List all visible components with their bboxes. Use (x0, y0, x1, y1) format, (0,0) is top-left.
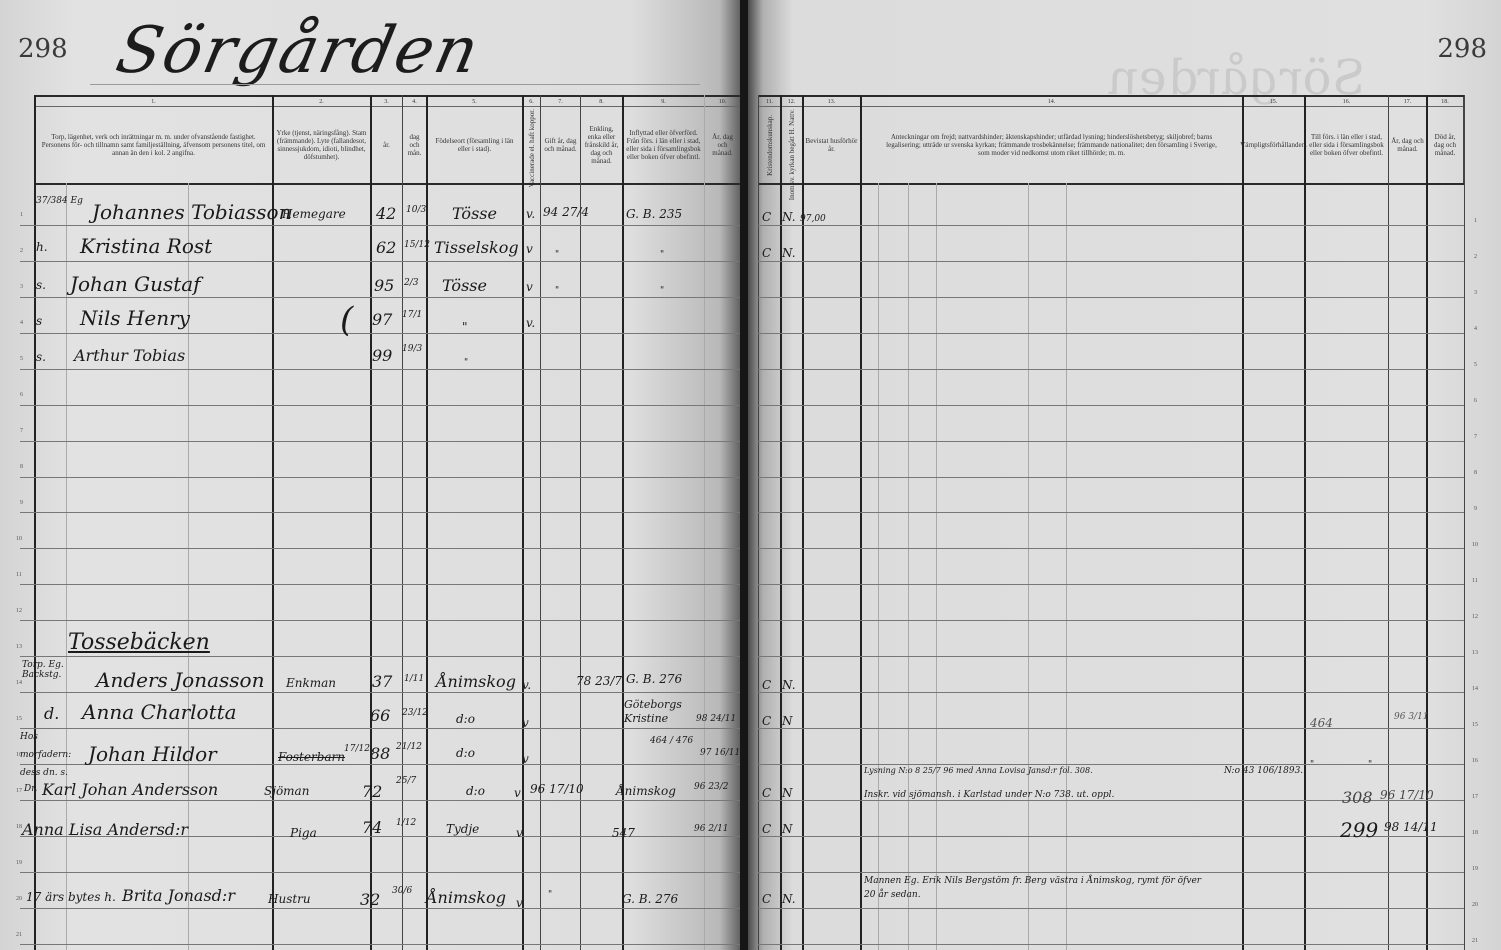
birth-year: 66 (370, 706, 390, 725)
row-number: 11 (1472, 578, 1478, 584)
row-number: 9 (1474, 506, 1477, 512)
remarks: Mannen Eg. Erik Nils Bergstöm fr. Berg v… (864, 874, 1204, 902)
person-name: Johan Gustaf (70, 272, 201, 296)
row-number: 1 (1474, 218, 1477, 224)
col-5-header: 5. Födelseort (församling i län eller i … (426, 97, 522, 183)
communion: N (782, 786, 793, 800)
vaccinated: v (522, 716, 529, 730)
birth-year: 88 (370, 744, 390, 763)
person-name: Anna Lisa Andersd:r (22, 820, 188, 839)
remarks: Inskr. vid sjömansh. i Karlstad under N:… (864, 790, 1114, 800)
moved-in-from: " (660, 286, 664, 296)
married-date: 96 17/10 (530, 782, 584, 796)
moved-in-from: 464 / 476 (650, 736, 693, 746)
communion: N. (782, 892, 796, 906)
birth-year: 62 (376, 238, 396, 257)
birth-day: 23/12 (402, 708, 428, 718)
col-17-header: 17. År, dag och månad. (1388, 97, 1426, 183)
christianity-knowledge: C (762, 210, 771, 224)
row-number: 19 (16, 860, 22, 866)
moved-out-to: " (1310, 760, 1314, 770)
birth-year: 74 (362, 818, 382, 837)
person-name: Brita Jonasd:r (122, 886, 235, 905)
occupation: Fosterbarn (278, 750, 345, 764)
occupation: Piga (290, 826, 317, 840)
row-number: 2 (1474, 254, 1477, 260)
communion: N (782, 714, 793, 728)
moved-in-from: Ånimskog (616, 784, 676, 798)
moved-out-to: 464 (1310, 716, 1333, 730)
person-name: Arthur Tobias (74, 346, 185, 365)
married-date: 94 27/4 (543, 205, 589, 219)
vaccinated: v (526, 280, 533, 294)
row-number: 12 (1472, 614, 1478, 620)
remarks: Lysning N:o 8 25/7 96 med Anna Lovisa Ja… (864, 766, 1093, 775)
entry-prefix: h. (36, 240, 48, 254)
col-14-header: 14. Anteckningar om frejd; nattvardshind… (860, 97, 1242, 183)
row-number: 7 (20, 428, 23, 434)
row-number: 14 (1472, 686, 1478, 692)
moved-in-from: 547 (612, 826, 635, 840)
row-number: 20 (1472, 902, 1478, 908)
birth-year: 42 (376, 204, 396, 223)
occupation: Hemegare (282, 207, 346, 221)
widowed-date: 78 23/7 (576, 674, 622, 688)
person-name: Johannes Tobiasson (92, 200, 291, 224)
moved-out-date: 96 3/11 (1394, 712, 1429, 722)
row-number: 6 (20, 392, 23, 398)
row-number: 10 (1472, 542, 1478, 548)
person-name: Anders Jonasson (96, 668, 264, 692)
row-number: 5 (20, 356, 23, 362)
row-number: 14 (16, 680, 22, 686)
row-number: 5 (1474, 362, 1477, 368)
col-3-header: 3. år. (370, 97, 402, 183)
birth-day: 17/1 (402, 310, 422, 320)
col-12-header: 12. Inom sv. kyrkan begått H. Nattv. (780, 97, 802, 183)
col-1-header: 1. Torp, lägenhet, verk och inrättningar… (34, 97, 272, 183)
birthplace: d:o (456, 746, 475, 760)
entry-prefix: s (36, 314, 42, 328)
birth-day: 1/12 (396, 818, 416, 828)
occupation: Enkman (286, 676, 336, 690)
examination-year: 97,00 (800, 214, 826, 224)
row-number: 15 (1472, 722, 1478, 728)
col-10-header: 10. År, dag och månad. (704, 97, 740, 183)
col-6-header: 6. Vaccinerade el. haft koppor. (522, 97, 540, 183)
married-date: " (555, 250, 559, 260)
person-name: Johan Hildor (88, 742, 217, 766)
entry-prefix: s. (36, 350, 46, 364)
row-number: 3 (1474, 290, 1477, 296)
military-service: N:o 43 106/1893. (1224, 766, 1303, 776)
row-number: 21 (1472, 938, 1478, 944)
married-date: " (555, 286, 559, 296)
christianity-knowledge: C (762, 714, 771, 728)
birth-day: 25/7 (396, 776, 416, 786)
moved-out-to: 308 (1342, 788, 1373, 807)
birthplace: Tösse (442, 276, 487, 295)
row-number: 12 (16, 608, 22, 614)
vaccinated: v. (526, 207, 535, 221)
col-4-header: 4. dag och mån. (402, 97, 426, 183)
moved-in-from: " (660, 250, 664, 260)
moved-out-date: 98 14/11 (1384, 820, 1438, 834)
birthplace: " (464, 358, 468, 368)
row-number: 17 (1472, 794, 1478, 800)
birthplace: Ånimskog (436, 672, 516, 691)
vaccinated: v. (522, 678, 531, 692)
row-number: 18 (1472, 830, 1478, 836)
entry-prefix: Dr. (24, 784, 37, 794)
col-15-header: 15. Värnpligtsförhållanden. (1242, 97, 1304, 183)
moved-out-date: 96 17/10 (1380, 788, 1434, 802)
row-number: 7 (1474, 434, 1477, 440)
farm-title: Sörgården (110, 14, 486, 88)
communion: N. (782, 678, 796, 692)
moved-in-date: 97 16/11 (700, 748, 740, 758)
col-9-header: 9. Inflyttad eller öfverförd. Från förs.… (622, 97, 704, 183)
christianity-knowledge: C (762, 678, 771, 692)
col-16-header: 16. Till förs. i län eller i stad, eller… (1304, 97, 1388, 183)
birth-day: 30/6 (392, 886, 412, 896)
col-13-header: 13. Bevistat husförhör år. (802, 97, 860, 183)
row-number: 4 (1474, 326, 1477, 332)
row-number: 2 (20, 248, 23, 254)
row-number: 16 (1472, 758, 1478, 764)
title-rule (90, 84, 700, 85)
row-number: 11 (16, 572, 22, 578)
vaccinated: v (516, 826, 523, 840)
communion: N (782, 822, 793, 836)
birth-day: 1/11 (404, 674, 424, 684)
row-number: 13 (16, 644, 22, 650)
birthplace: " (462, 320, 468, 334)
row-number: 6 (1474, 398, 1477, 404)
moved-in-date: 98 24/11 (696, 714, 736, 724)
birth-year: 99 (372, 346, 392, 365)
col-2-header: 2. Yrke (tjenst, näringsfång). Stam (frä… (272, 97, 370, 183)
page-number-right: 298 (1437, 34, 1487, 64)
row-number: 20 (16, 896, 22, 902)
moved-in-from: G. B. 276 (622, 892, 678, 906)
moved-in-date: 96 2/11 (694, 824, 729, 834)
moved-in-from: Göteborgs Kristine (624, 698, 684, 726)
christianity-knowledge: C (762, 786, 771, 800)
vaccinated: v (514, 786, 521, 800)
person-name: Kristina Rost (80, 234, 212, 258)
moved-out-date: " (1368, 760, 1372, 770)
married-date: " (548, 890, 552, 900)
row-number: 3 (20, 284, 23, 290)
bracket-mark: ( (340, 300, 353, 340)
col-7-header: 7. Gift år, dag och månad. (540, 97, 580, 183)
person-name: Anna Charlotta (82, 700, 237, 724)
moved-in-date: 96 23/2 (694, 782, 729, 792)
left-page: 298 Sörgården 1. Torp, lägenhet, verk oc… (0, 0, 742, 950)
occupation: Sjöman (264, 784, 309, 798)
right-page: 298 Sörgården 11. Kristendomskunskap. 12… (748, 0, 1501, 950)
birth-day: 15/12 (404, 240, 430, 250)
entry-prefix: 37/384 Eg (36, 196, 83, 206)
christianity-knowledge: C (762, 892, 771, 906)
row-number: 15 (16, 716, 22, 722)
birth-day: 19/3 (402, 344, 422, 354)
moved-in-from: G. B. 235 (626, 207, 682, 221)
vaccinated: v. (526, 316, 535, 330)
communion: N. (782, 246, 796, 260)
communion: N. (782, 210, 796, 224)
birth-year: 37 (372, 672, 392, 691)
entry-prefix: d. (44, 704, 59, 723)
birth-year: 97 (372, 310, 392, 329)
christianity-knowledge: C (762, 822, 771, 836)
col-11-header: 11. Kristendomskunskap. (758, 97, 780, 183)
row-number: 8 (1474, 470, 1477, 476)
occupation-note: 17/12 (344, 744, 370, 754)
birthplace: Tösse (452, 204, 497, 223)
col-18-header: 18. Död år, dag och månad. (1426, 97, 1464, 183)
row-number: 13 (1472, 650, 1478, 656)
section-title-tossebacken: Tossebäcken (68, 630, 210, 655)
person-name: Nils Henry (80, 306, 190, 330)
right-header-row: 11. Kristendomskunskap. 12. Inom sv. kyr… (758, 95, 1464, 183)
birth-day: 2/3 (404, 278, 418, 288)
person-name: Karl Johan Andersson (42, 780, 218, 799)
row-number: 4 (20, 320, 23, 326)
row-number: 8 (20, 464, 23, 470)
birth-day: 10/3 (406, 205, 426, 215)
moved-in-from: G. B. 276 (626, 672, 682, 686)
birth-year: 32 (360, 890, 380, 909)
entry-prefix: Torp. Eg. Backstg. (22, 660, 66, 680)
row-number: 10 (16, 536, 22, 542)
birthplace: Ånimskog (426, 888, 506, 907)
row-number: 17 (16, 788, 22, 794)
birthplace: Tydje (446, 822, 479, 836)
col-8-header: 8. Enkling, enka eller frånskild år, dag… (580, 97, 622, 183)
entry-prefix: 17 ärs bytes h. (26, 890, 116, 904)
christianity-knowledge: C (762, 246, 771, 260)
occupation: Hustru (268, 892, 311, 906)
moved-out-to: 299 (1340, 818, 1378, 842)
birthplace: d:o (456, 712, 475, 726)
left-header-row: 1. Torp, lägenhet, verk och inrättningar… (34, 95, 740, 183)
vaccinated: v (516, 896, 523, 910)
birth-year: 72 (362, 782, 382, 801)
birthplace: d:o (466, 784, 485, 798)
row-number: 19 (1472, 866, 1478, 872)
birth-year: 95 (374, 276, 394, 295)
vaccinated: v (522, 752, 529, 766)
vaccinated: v (526, 242, 533, 256)
birthplace: Tisselskog (434, 238, 519, 257)
page-number-left: 298 (18, 34, 68, 64)
row-number: 21 (16, 932, 22, 938)
row-number: 1 (20, 212, 23, 218)
entry-prefix: Hos morfadern: dess dn. s. (20, 728, 78, 782)
entry-prefix: s. (36, 278, 46, 292)
row-number: 9 (20, 500, 23, 506)
birth-day: 21/12 (396, 742, 422, 752)
